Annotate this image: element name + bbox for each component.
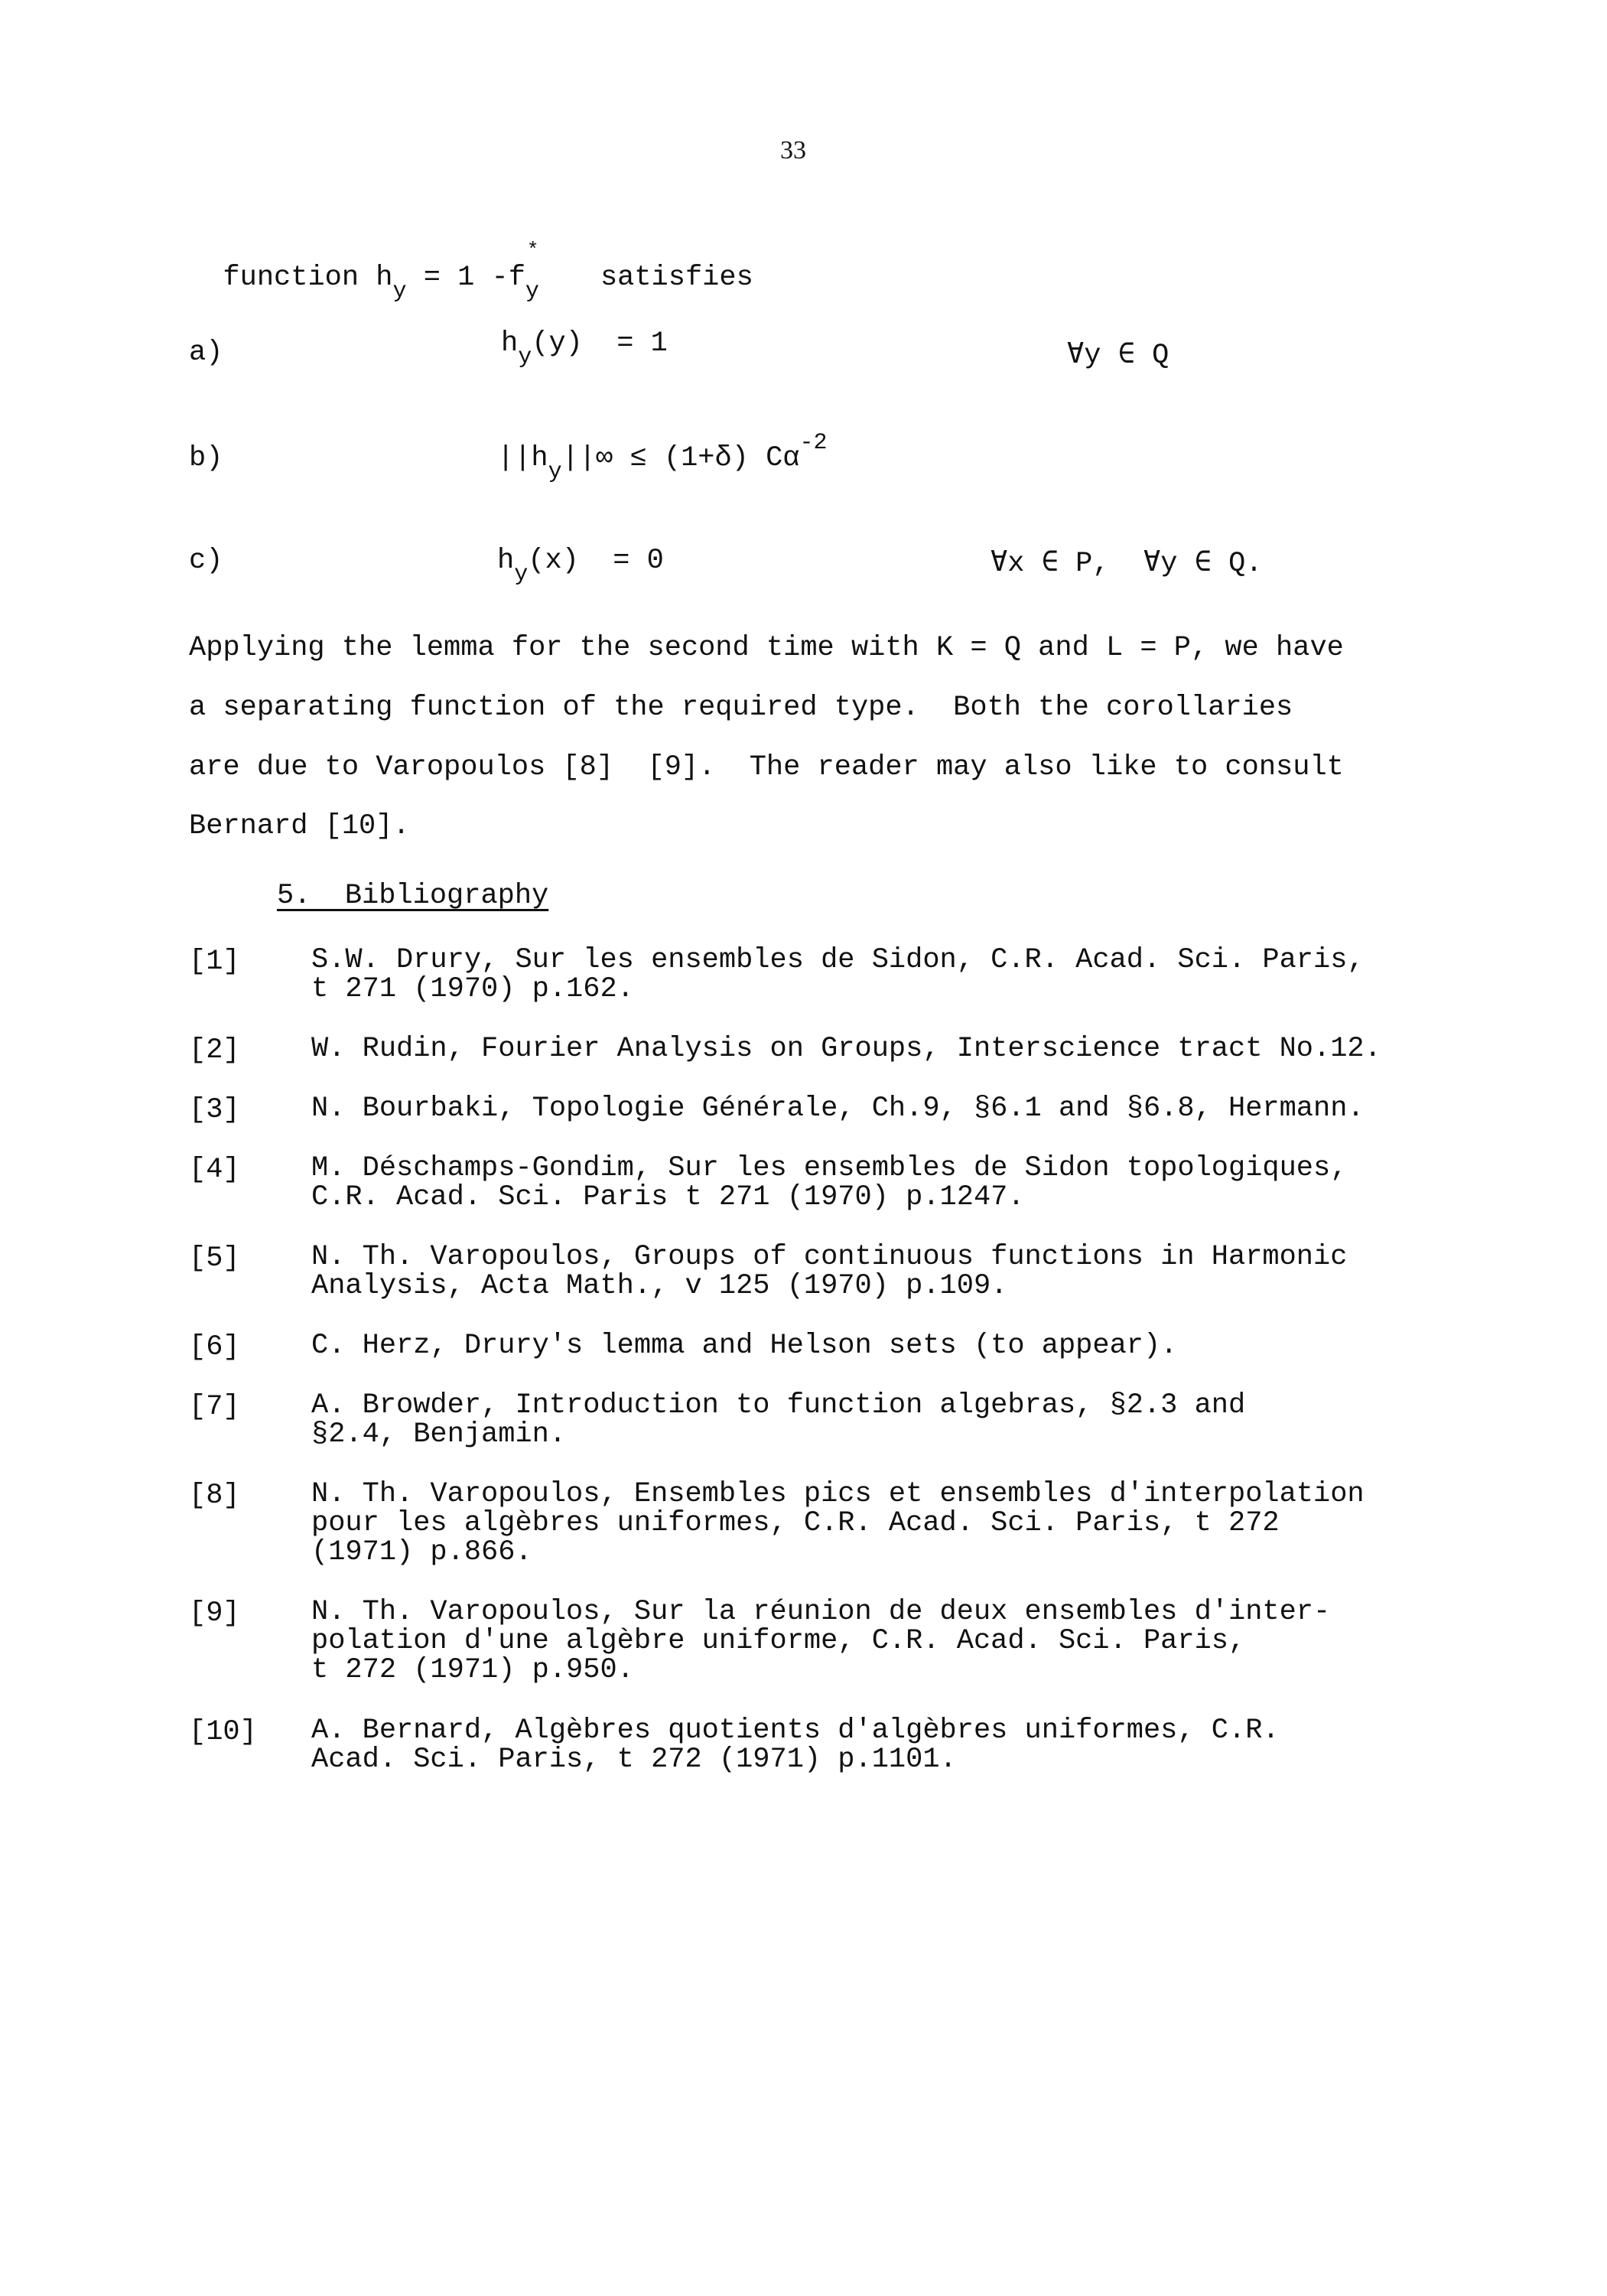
condition-b-expr: ||∞ ≤ (1+δ) Cα [562,442,800,474]
condition-b-label: b) [189,442,223,474]
reference-number: [9] [189,1597,240,1630]
reference-number: [1] [189,946,240,978]
intro-subscript-2: y [525,278,539,305]
paragraph-line-1: Applying the lemma for the second time w… [189,632,1344,664]
page-number: 33 [780,136,806,165]
intro-suffix: satisfies [600,262,753,294]
reference-text: A. Browder, Introduction to function alg… [311,1391,1245,1449]
reference-number: [5] [189,1242,240,1275]
reference-text: N. Th. Varopoulos, Sur la réunion de deu… [311,1597,1330,1685]
condition-a-expression: hy(y) = 1 [501,327,668,360]
reference-number: [4] [189,1154,240,1186]
paragraph-line-2: a separating function of the required ty… [189,692,1293,724]
paragraph-line-3: are due to Varopoulos [8] [9]. The reade… [189,751,1344,783]
intro-line: function hy = 1 -f*ysatisfies [189,230,753,294]
condition-a-expr: (y) = 1 [532,327,668,360]
reference-number: [2] [189,1034,240,1067]
condition-c-expr: (x) = 0 [528,545,664,577]
condition-b-norm: ||h [497,442,548,474]
reference-number: [7] [189,1391,240,1423]
condition-c-sub: y [514,562,528,588]
reference-text: N. Th. Varopoulos, Groups of continuous … [311,1242,1347,1301]
condition-c-expression: hy(x) = 0 [497,545,664,577]
condition-c-h: h [497,545,514,577]
reference-text: N. Th. Varopoulos, Ensembles pics et ens… [311,1480,1365,1567]
reference-number: [6] [189,1331,240,1363]
reference-number: [8] [189,1480,240,1512]
condition-a-sub: y [518,344,532,370]
intro-mid: = 1 -f [406,262,525,294]
condition-a-h: h [501,327,518,360]
reference-text: A. Bernard, Algèbres quotients d'algèbre… [311,1716,1280,1774]
paragraph-line-4: Bernard [10]. [189,810,410,842]
reference-text: C. Herz, Drury's lemma and Helson sets (… [311,1331,1177,1360]
condition-c-quantifier: ∀x ∈ P, ∀y ∈ Q. [991,545,1263,580]
condition-a-quantifier: ∀y ∈ Q [1067,337,1169,372]
reference-text: M. Déschamps-Gondim, Sur les ensembles d… [311,1154,1347,1212]
condition-b-sub: y [548,459,562,485]
reference-text: N. Bourbaki, Topologie Générale, Ch.9, §… [311,1094,1365,1123]
intro-prefix: function h [223,262,392,294]
condition-a-label: a) [189,337,223,369]
condition-b-sup: -2 [800,430,828,456]
reference-text: W. Rudin, Fourier Analysis on Groups, In… [311,1034,1381,1063]
reference-number: [10] [189,1716,257,1748]
condition-c-label: c) [189,545,223,577]
intro-star: * [527,239,539,262]
intro-subscript-1: y [392,278,406,305]
bibliography-heading: 5. Bibliography [277,880,548,912]
reference-number: [3] [189,1094,240,1126]
condition-b-expression: ||hy||∞ ≤ (1+δ) Cα-2 [497,442,828,474]
reference-text: S.W. Drury, Sur les ensembles de Sidon, … [311,946,1365,1004]
